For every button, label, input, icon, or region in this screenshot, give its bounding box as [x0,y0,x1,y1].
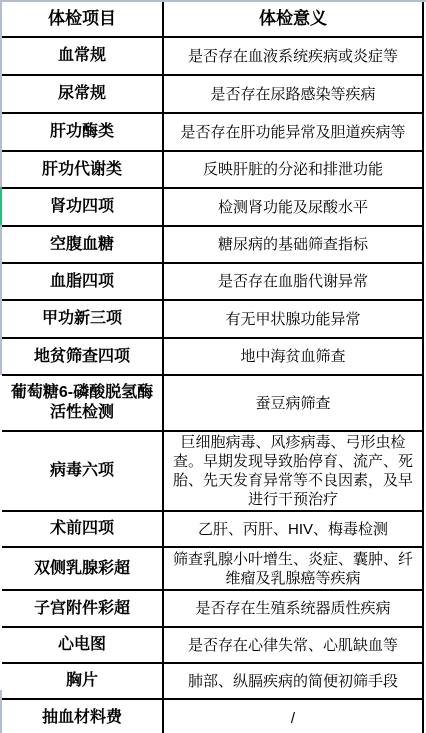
meaning-cell: 是否存在血脂代谢异常 [163,263,423,300]
meaning-cell: 筛查乳腺小叶增生、炎症、囊肿、纤维瘤及乳腺癌等疾病 [163,547,423,590]
table-row: 尿常规是否存在尿路感染等疾病 [2,75,423,113]
item-cell: 肾功四项 [2,188,163,226]
item-cell: 血常规 [2,37,163,75]
meaning-cell: 是否存在生殖系统器质性疾病 [163,590,423,627]
item-cell: 子宫附件彩超 [2,590,163,627]
table-row: 肝功代谢类反映肝脏的分泌和排泄功能 [2,151,423,188]
item-cell: 肝功酶类 [2,113,163,151]
table-row: 地贫筛查四项地中海贫血筛查 [2,338,423,375]
table-row: 心电图是否存在心律失常、心肌缺血等 [2,627,423,663]
meaning-cell: 是否存在肝功能异常及胆道疾病等 [163,113,423,151]
health-check-table: 体检项目 体检意义 血常规是否存在血液系统疾病或炎症等尿常规是否存在尿路感染等疾… [2,2,424,733]
document-page: 体检项目 体检意义 血常规是否存在血液系统疾病或炎症等尿常规是否存在尿路感染等疾… [0,0,426,733]
header-meaning-column: 体检意义 [163,2,423,37]
table-row: 子宫附件彩超是否存在生殖系统器质性疾病 [2,590,423,627]
item-cell: 血脂四项 [2,263,163,300]
item-cell: 胸片 [2,663,163,699]
table-row: 病毒六项巨细胞病毒、风疹病毒、弓形虫检查。早期发现导致胎停育、流产、死胎、先天发… [2,431,423,511]
table-row: 空腹血糖糖尿病的基础筛查指标 [2,226,423,263]
meaning-cell: / [163,699,423,733]
item-cell: 病毒六项 [2,431,163,511]
item-cell: 甲功新三项 [2,300,163,338]
table-row: 双侧乳腺彩超筛查乳腺小叶增生、炎症、囊肿、纤维瘤及乳腺癌等疾病 [2,547,423,590]
item-cell: 心电图 [2,627,163,663]
meaning-cell: 乙肝、丙肝、HIV、梅毒检测 [163,511,423,547]
table-row: 葡萄糖6-磷酸脱氢酶活性检测蚕豆病筛查 [2,375,423,431]
table-row: 甲功新三项有无甲状腺功能异常 [2,300,423,338]
meaning-cell: 肺部、纵膈疾病的简便初筛手段 [163,663,423,699]
item-cell: 地贫筛查四项 [2,338,163,375]
meaning-cell: 有无甲状腺功能异常 [163,300,423,338]
header-row: 体检项目 体检意义 [2,2,423,37]
table-row: 胸片肺部、纵膈疾病的简便初筛手段 [2,663,423,699]
table-row: 血脂四项是否存在血脂代谢异常 [2,263,423,300]
meaning-cell: 是否存在血液系统疾病或炎症等 [163,37,423,75]
meaning-cell: 巨细胞病毒、风疹病毒、弓形虫检查。早期发现导致胎停育、流产、死胎、先天发育异常等… [163,431,423,511]
header-item-column: 体检项目 [2,2,163,37]
item-cell: 双侧乳腺彩超 [2,547,163,590]
item-cell: 术前四项 [2,511,163,547]
item-cell: 尿常规 [2,75,163,113]
table-row: 血常规是否存在血液系统疾病或炎症等 [2,37,423,75]
item-cell: 葡萄糖6-磷酸脱氢酶活性检测 [2,375,163,431]
table-row: 术前四项乙肝、丙肝、HIV、梅毒检测 [2,511,423,547]
item-cell: 空腹血糖 [2,226,163,263]
meaning-cell: 糖尿病的基础筛查指标 [163,226,423,263]
meaning-cell: 是否存在心律失常、心肌缺血等 [163,627,423,663]
meaning-cell: 地中海贫血筛查 [163,338,423,375]
meaning-cell: 反映肝脏的分泌和排泄功能 [163,151,423,188]
item-cell: 抽血材料费 [2,699,163,733]
table-body: 血常规是否存在血液系统疾病或炎症等尿常规是否存在尿路感染等疾病肝功酶类是否存在肝… [2,37,423,733]
table-row: 肾功四项检测肾功能及尿酸水平 [2,188,423,226]
table-row: 抽血材料费/ [2,699,423,733]
meaning-cell: 是否存在尿路感染等疾病 [163,75,423,113]
meaning-cell: 检测肾功能及尿酸水平 [163,188,423,226]
meaning-cell: 蚕豆病筛查 [163,375,423,431]
item-cell: 肝功代谢类 [2,151,163,188]
table-row: 肝功酶类是否存在肝功能异常及胆道疾病等 [2,113,423,151]
